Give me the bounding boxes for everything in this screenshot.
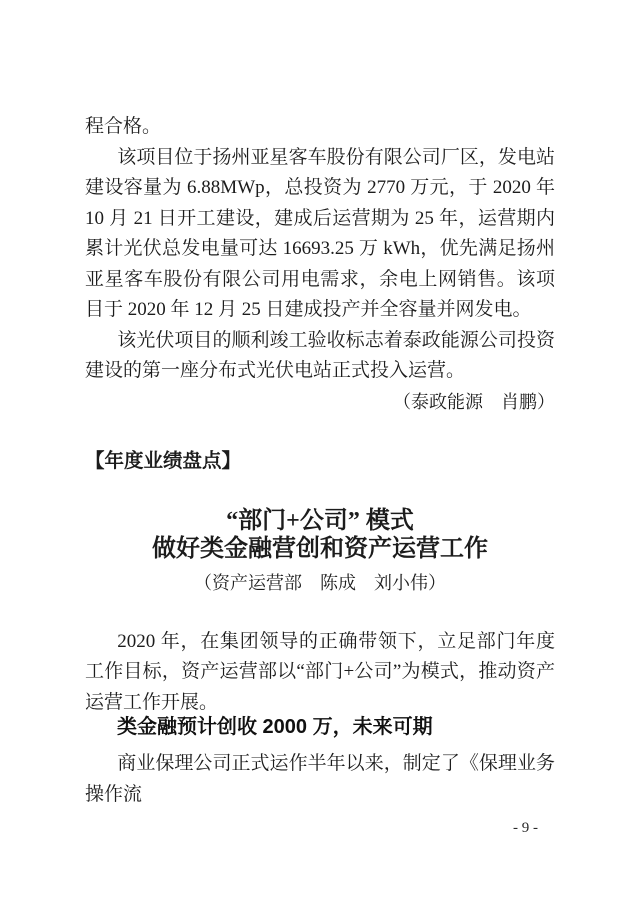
article-title-line1: “部门+公司” 模式	[85, 507, 555, 535]
article-byline: （资产运营部 陈成 刘小伟）	[85, 571, 555, 595]
document-page: 程合格。 该项目位于扬州亚星客车股份有限公司厂区，发电站建设容量为 6.88MW…	[0, 0, 636, 900]
page-number: - 9 -	[513, 820, 538, 836]
paragraph-completion: 该光伏项目的顺利竣工验收标志着泰政能源公司投资建设的第一座分布式光伏电站正式投入…	[85, 326, 555, 387]
paragraph-project-details: 该项目位于扬州亚星客车股份有限公司厂区，发电站建设容量为 6.88MWp，总投资…	[85, 143, 555, 326]
section-marker: 【年度业绩盘点】	[85, 447, 555, 478]
article-signature: （泰政能源 肖鹏）	[85, 387, 555, 418]
paragraph-intro: 2020 年，在集团领导的正确带领下，立足部门年度工作目标，资产运营部以“部门+…	[85, 627, 555, 719]
page-content: 程合格。 该项目位于扬州亚星客车股份有限公司厂区，发电站建设容量为 6.88MW…	[85, 0, 555, 810]
subhead-finance-revenue: 类金融预计创收 2000 万，未来可期	[85, 709, 555, 745]
paragraph-factoring: 商业保理公司正式运作半年以来，制定了《保理业务操作流	[85, 749, 555, 810]
paragraph-continuation: 程合格。	[85, 112, 555, 143]
article-title-line2: 做好类金融营创和资产运营工作	[85, 535, 555, 563]
article-title: “部门+公司” 模式 做好类金融营创和资产运营工作	[85, 507, 555, 563]
